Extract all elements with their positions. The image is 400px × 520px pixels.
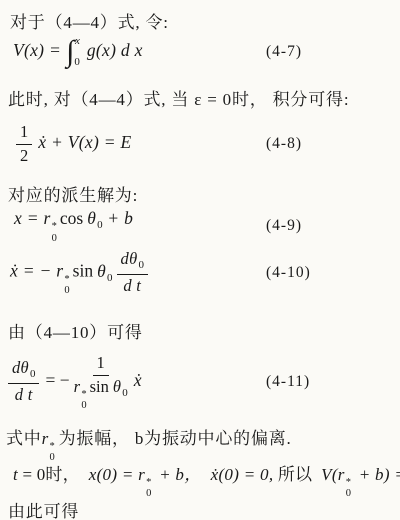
theta-symbol: θ: [113, 377, 121, 396]
eq10-body: ẋ = − r*0sinθ0dθ0d t: [10, 249, 150, 296]
eq9-body: x = r*0cosθ0 + b: [14, 208, 133, 243]
eq7-body: V(x) =∫x0g(x) d x: [13, 36, 143, 68]
r-superscript-star: *: [346, 477, 351, 488]
r-superscript-star: *: [81, 389, 86, 400]
integral-upper-limit: x: [75, 36, 80, 47]
cos-function: cos: [60, 208, 83, 228]
r-subscript-zero: 0: [81, 400, 86, 411]
equation-4-9: x = r*0cosθ0 + b (4-9): [0, 213, 400, 239]
r-star-sub-zero: *0: [81, 389, 86, 411]
integral-limits: x0: [74, 36, 80, 68]
theta-subscript: 0: [122, 387, 128, 399]
eq11-lhs-den: d t: [15, 384, 33, 406]
eq7-rhs: g(x) d x: [87, 40, 143, 60]
eq11-lhs-num: dθ0: [8, 358, 39, 384]
eq8-body: 12ẋ + V(x) = E: [14, 122, 132, 166]
theta-subscript: 0: [107, 272, 113, 284]
r-superscript-star: *: [52, 221, 57, 232]
eq9-label: (4-9): [266, 217, 302, 235]
r-symbol: r: [74, 377, 81, 396]
eq11-rhs-den: r*0sinθ0: [74, 376, 128, 411]
sin-function: sin: [90, 377, 109, 396]
r-subscript-zero: 0: [146, 488, 151, 499]
equation-4-8: 12ẋ + V(x) = E (4-8): [0, 121, 400, 167]
theta-symbol: θ: [87, 208, 96, 228]
eq9-tail: + b: [103, 208, 134, 228]
eq8-denominator: 2: [20, 145, 28, 167]
r-superscript-star: *: [146, 477, 151, 488]
text-line-4: 由（4—10）可得: [8, 318, 143, 343]
r-subscript-zero: 0: [52, 233, 57, 244]
text-line-1: 对于（4—4）式, 令:: [10, 8, 169, 33]
equation-4-7: V(x) =∫x0g(x) d x (4-7): [0, 33, 400, 71]
r-subscript-zero: 0: [346, 488, 351, 499]
eq8-label: (4-8): [266, 135, 302, 153]
r-superscript-star: *: [64, 274, 69, 285]
integral-icon: ∫: [66, 35, 74, 68]
r-subscript-zero: 0: [64, 285, 69, 296]
x-dot: ẋ: [134, 370, 142, 390]
dtheta-subscript: 0: [138, 259, 144, 271]
text-line-7: 由此可得: [8, 497, 79, 520]
r-superscript-star: *: [50, 441, 56, 452]
integral-lower-limit: 0: [74, 57, 80, 68]
line6-suoyi: 所以: [273, 465, 321, 484]
eq11-label: (4-11): [266, 373, 310, 391]
eq7-label: (4-7): [266, 43, 302, 61]
theta-symbol: θ: [97, 261, 106, 281]
eq10-lhs: ẋ = − r: [10, 261, 63, 281]
r-symbol: r: [42, 429, 49, 448]
eq11-body: dθ0d t= −1r*0sinθ0ẋ: [6, 353, 142, 411]
equation-4-10: ẋ = − r*0sinθ0dθ0d t (4-10): [0, 250, 400, 296]
equals-E: + b) = E: [354, 465, 400, 484]
r-star-sub-zero: *0: [346, 477, 351, 499]
one-half-fraction: 12: [16, 122, 32, 166]
r-star-sub-zero: *0: [64, 274, 69, 296]
sin-function: sin: [73, 261, 93, 281]
text-line-2: 此时, 对（4—4）式, 当 ε = 0时， 积分可得:: [8, 85, 349, 110]
dtheta: dθ: [121, 249, 138, 268]
eq11-rhs-num: 1: [93, 353, 109, 376]
eq8-rhs: ẋ + V(x) = E: [38, 132, 131, 152]
r-star-sub-zero: *0: [52, 221, 57, 243]
dtheta-dt-fraction: dθ0d t: [8, 358, 39, 405]
line6-shi: = 0时，: [18, 465, 89, 484]
eq9-lhs: x = r: [14, 208, 51, 228]
text-line-6: t = 0时， x(0) = r*0 + b， ẋ(0) = 0, 所以 V(r…: [13, 460, 400, 499]
line5-suffix: 为振幅， b为振动中心的偏离.: [59, 429, 292, 448]
eq10-frac-num: dθ0: [117, 249, 148, 275]
eq10-label: (4-10): [266, 264, 311, 282]
plus-b: + b，: [155, 465, 211, 484]
x0-equals: x(0) = r: [89, 465, 145, 484]
dtheta-dt-fraction: dθ0d t: [117, 249, 148, 296]
document-page: 对于（4—4）式, 令: V(x) =∫x0g(x) d x (4-7) 此时,…: [0, 0, 400, 520]
equals-minus: = −: [45, 370, 69, 390]
line5-prefix: 式中: [6, 429, 42, 448]
dtheta: dθ: [12, 358, 29, 377]
eq10-frac-den: d t: [123, 275, 141, 297]
text-line-3: 对应的派生解为:: [8, 181, 138, 206]
reciprocal-fraction: 1r*0sinθ0: [74, 353, 128, 411]
text-line-5: 式中r*0为振幅， b为振动中心的偏离.: [6, 424, 292, 463]
eq7-lhs: V(x) =: [13, 40, 61, 60]
dtheta-subscript: 0: [30, 368, 36, 380]
equation-4-11: dθ0d t= −1r*0sinθ0ẋ (4-11): [0, 356, 400, 408]
v-of-r: V(r: [321, 465, 345, 484]
r-star-sub-zero: *0: [146, 477, 151, 499]
eq8-numerator: 1: [16, 122, 32, 145]
xdot-zero: ẋ(0) = 0,: [211, 465, 274, 484]
